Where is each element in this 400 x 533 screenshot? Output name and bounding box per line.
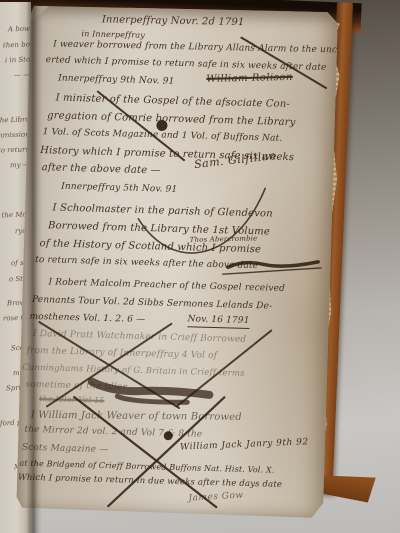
handwriting-fragment: mmission	[0, 131, 30, 139]
handwriting-fragment: then bo	[3, 42, 30, 50]
handwriting-fragment: the Libra	[0, 116, 30, 124]
register-line-deleted: from the Library of Innerpeffray 4 Vol o…	[26, 347, 217, 362]
entry-date-line: Nov. 16 1791	[187, 315, 249, 329]
register-line: I William Jack Weaver of town Borrowed	[31, 410, 242, 423]
handwriting-fragment: to return	[0, 146, 30, 154]
signature: James Gow	[188, 491, 244, 504]
entry-date-line: Innerpeffray 5th Nov. 91	[61, 183, 177, 196]
register-line: 1 Vol. of Scots Magazine and 1 Vol. of B…	[43, 128, 283, 145]
entry-date-line: Innerpeffray 9th Nov. 91	[58, 75, 174, 88]
handwriting-fragment: i in Sto	[5, 57, 30, 65]
interlinear-insert: in Innerpeffray	[81, 30, 145, 41]
handwriting-fragment: — —	[14, 72, 30, 80]
register-line: after the above date —	[42, 162, 161, 176]
register-line: I weaver borrowed from the Library Allan…	[53, 40, 357, 56]
register-page: Innerpeffray Novr. 2d 1791 in Innerpeffr…	[16, 4, 338, 518]
register-line: gregation of Comrie borrowed from the Li…	[47, 110, 296, 128]
register-line: to return safe in six weeks after the ab…	[35, 256, 258, 272]
register-line-deleted: I David Pratt Watchmaker in Crieff Borro…	[33, 330, 246, 346]
register-line: the Mirror 2d vol. 2 and Vol 7 & 8 the	[24, 426, 202, 441]
book-photograph: A bow then bo i in Sto — — the Libra mmi…	[0, 0, 400, 533]
register-line: Pennants Tour Vol. 2d Sibbs Sermones Lel…	[32, 296, 272, 313]
register-line-deleted: the Idler Vol 15	[39, 395, 104, 406]
entry-heading-date: Innerpeffray Novr. 2d 1791	[102, 14, 245, 28]
signature-struck: William Rolison	[206, 72, 293, 85]
handwriting-fragment: A bow	[8, 26, 30, 34]
register-line: I minister of the Gospel of the afsociat…	[56, 92, 291, 110]
register-line-deleted: Cunninghams History of G. Britain in Cri…	[22, 364, 245, 380]
register-line: Scots Magazine —	[22, 444, 109, 456]
register-line: Which I promise to return in due weeks a…	[18, 474, 282, 491]
register-line-deleted: sometime of the Idler	[25, 381, 127, 394]
register-line: mosthenes Vol. 1. 2. 6 —	[29, 313, 145, 326]
register-line: I Schoolmaster in the parish of Glendevo…	[52, 202, 272, 219]
register-line: I Robert Malcolm Preacher of the Gospel …	[48, 278, 285, 294]
